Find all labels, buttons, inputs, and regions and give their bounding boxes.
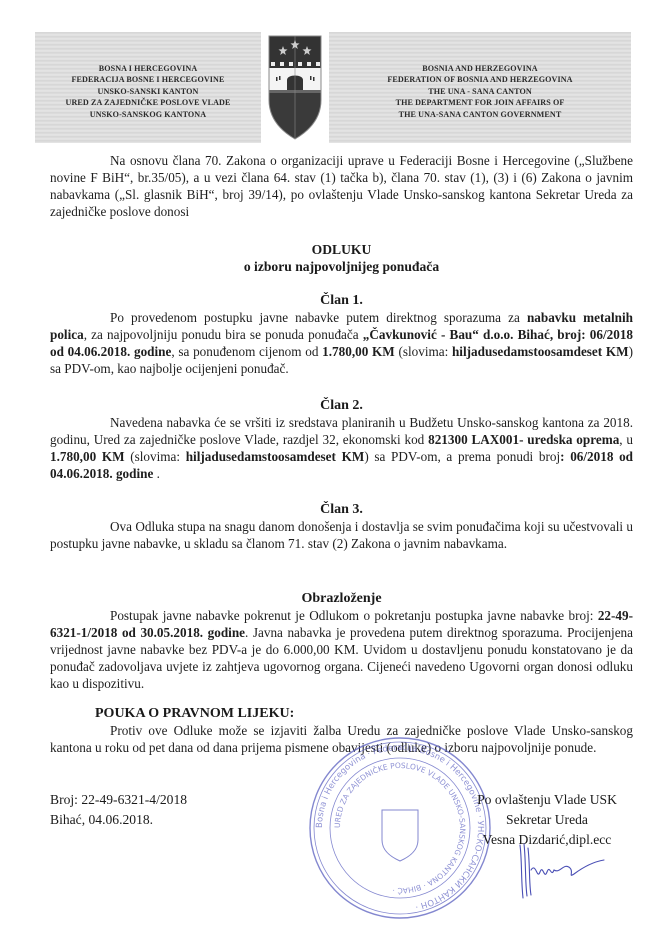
article-1-text: Po provedenom postupku javne nabavke put… <box>50 309 633 377</box>
text-run: Po provedenom postupku javne nabavke put… <box>110 310 527 325</box>
reasoning-heading: Obrazloženje <box>50 590 633 607</box>
decision-title: ODLUKU <box>50 241 633 258</box>
letterhead-left-line: FEDERACIJA BOSNE I HERCEGOVINE <box>72 74 225 86</box>
letterhead-left-text: BOSNA I HERCEGOVINA FEDERACIJA BOSNE I H… <box>35 32 261 147</box>
letterhead-right-line: FEDERATION OF BOSNIA AND HERZEGOVINA <box>387 74 572 86</box>
decision-subtitle: o izboru najpovoljnijeg ponuđača <box>50 258 633 275</box>
letterhead-right-line: THE UNA-SANA CANTON GOVERNMENT <box>399 109 562 121</box>
article-2-heading: Član 2. <box>50 397 633 414</box>
letterhead-right-line: THE DEPARTMENT FOR JOIN AFFAIRS OF <box>396 97 565 109</box>
place-date: Bihać, 04.06.2018. <box>50 810 187 830</box>
article-1-heading: Član 1. <box>50 292 633 309</box>
text-run: Postupak javne nabavke pokrenut je Odluk… <box>110 608 598 623</box>
letterhead-left-line: UNSKO-SANSKOG KANTONA <box>90 109 206 121</box>
letterhead-right-text: BOSNIA AND HERZEGOVINA FEDERATION OF BOS… <box>329 32 631 147</box>
bold-text-run: 821300 LAX001- uredska oprema <box>428 432 619 447</box>
text-run: ) sa PDV-om, a prema ponudi broj <box>364 449 560 464</box>
letterhead-left-line: UNSKO-SANSKI KANTON <box>98 86 199 98</box>
letterhead-left-line: URED ZA ZAJEDNIČKE POSLOVE VLADE <box>66 97 231 109</box>
article-2: Član 2. Navedena nabavka će se vršiti iz… <box>50 397 633 482</box>
article-1: Član 1. Po provedenom postupku javne nab… <box>50 292 633 377</box>
decision-title-block: ODLUKU o izboru najpovoljnijeg ponuđača <box>50 241 633 275</box>
text-run: . <box>153 466 160 481</box>
article-3-text: Ova Odluka stupa na snagu danom donošenj… <box>50 518 633 552</box>
handwritten-signature-icon <box>512 840 612 902</box>
text-run: (slovima: <box>395 344 452 359</box>
letterhead-right-line: BOSNIA AND HERZEGOVINA <box>422 63 538 75</box>
bold-text-run: hiljadusedamstoosamdeset KM <box>186 449 365 464</box>
reasoning-section: Obrazloženje Postupak javne nabavke pokr… <box>50 590 633 692</box>
reasoning-text: Postupak javne nabavke pokrenut je Odluk… <box>50 607 633 692</box>
article-3: Član 3. Ova Odluka stupa na snagu danom … <box>50 501 633 552</box>
role-line: Sekretar Ureda <box>459 810 635 830</box>
legal-remedy-heading: POUKA O PRAVNOM LIJEKU: <box>50 705 633 722</box>
text-run: , za najpovoljniju ponudu bira se ponuda… <box>84 327 363 342</box>
svg-text:URED ZA ZAJEDNIČKE POSLOVE VLA: URED ZA ZAJEDNIČKE POSLOVE VLADE UNSKO-S… <box>333 761 467 895</box>
text-run: , sa ponuđenom cijenom od <box>171 344 322 359</box>
text-run: , u <box>619 432 633 447</box>
text-run: (slovima: <box>125 449 186 464</box>
article-2-text: Navedena nabavka će se vršiti iz sredsta… <box>50 414 633 482</box>
document-number: Broj: 22-49-6321-4/2018 <box>50 790 187 810</box>
letterhead: BOSNA I HERCEGOVINA FEDERACIJA BOSNE I H… <box>35 32 631 143</box>
letterhead-right-line: THE UNA - SANA CANTON <box>428 86 532 98</box>
authority-line: Po ovlaštenju Vlade USK <box>459 790 635 810</box>
coat-of-arms-icon <box>265 32 325 143</box>
article-3-heading: Član 3. <box>50 501 633 518</box>
text-run: Ova Odluka stupa na snagu danom donošenj… <box>50 519 633 551</box>
footer-left: Broj: 22-49-6321-4/2018 Bihać, 04.06.201… <box>50 790 187 830</box>
intro-paragraph: Na osnovu člana 70. Zakona o organizacij… <box>50 152 633 220</box>
letterhead-left-line: BOSNA I HERCEGOVINA <box>99 63 198 75</box>
bold-text-run: hiljadusedamstoosamdeset KM <box>452 344 629 359</box>
bold-text-run: 1.780,00 KM <box>50 449 125 464</box>
bold-text-run: 1.780,00 KM <box>322 344 395 359</box>
